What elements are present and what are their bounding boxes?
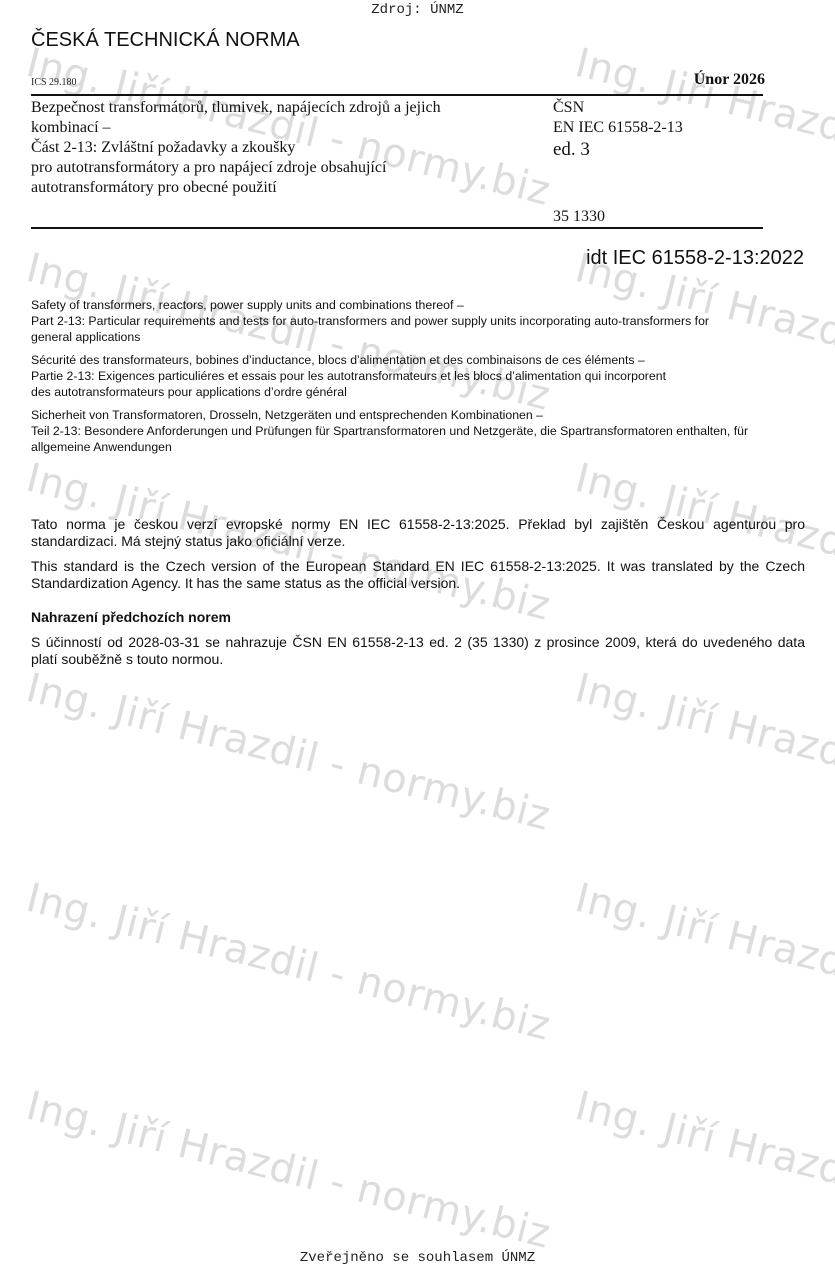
french-title-line: Partie 2-13: Exigences particuliéres et …	[31, 368, 806, 384]
czech-title-line: pro autotransformátory a pro napájecí zd…	[31, 158, 531, 178]
replacement-text: S účinností od 2028-03-31 se nahrazuje Č…	[31, 634, 805, 668]
watermark: Ing. Jiří Hrazdil - normy.biz	[22, 875, 555, 1050]
german-title-line: Teil 2-13: Besondere Anforderungen und P…	[31, 423, 806, 439]
document-type-title: ČESKÁ TECHNICKÁ NORMA	[31, 29, 300, 52]
classification-number: 35 1330	[553, 208, 605, 226]
publication-date: Únor 2026	[694, 71, 765, 89]
czech-title-line: autotransformátory pro obecné použití	[31, 178, 531, 198]
english-title-line: Part 2-13: Particular requirements and t…	[31, 313, 806, 329]
english-title-line: Safety of transformers, reactors, power …	[31, 297, 806, 313]
standard-number: EN IEC 61558-2-13	[553, 118, 683, 138]
watermark: Ing. Jiří Hrazdil - normy.biz	[571, 875, 835, 1050]
standard-designation: ČSN EN IEC 61558-2-13 ed. 3	[553, 98, 683, 162]
german-title-line: allgemeine Anwendungen	[31, 439, 806, 455]
watermark: Ing. Jiří Hrazdil - normy.biz	[571, 1083, 835, 1258]
standard-edition: ed. 3	[553, 138, 683, 162]
english-title-line: general applications	[31, 329, 806, 345]
bottom-divider	[31, 227, 763, 229]
czech-title-line: Část 2-13: Zvláštní požadavky a zkoušky	[31, 138, 531, 158]
watermark: Ing. Jiří Hrazdil - normy.biz	[22, 1083, 555, 1258]
ics-code: ICS 29.180	[31, 77, 77, 88]
identity-reference: idt IEC 61558-2-13:2022	[586, 247, 804, 270]
german-title: Sicherheit von Transformatoren, Drosseln…	[31, 407, 806, 455]
french-title-line: des autotransformateurs pour application…	[31, 384, 806, 400]
french-title-line: Sécurité des transformateurs, bobines d’…	[31, 352, 806, 368]
czech-version-note: Tato norma je českou verzí evropské norm…	[31, 516, 805, 550]
top-divider	[31, 94, 763, 96]
french-title: Sécurité des transformateurs, bobines d’…	[31, 352, 806, 400]
english-version-note: This standard is the Czech version of th…	[31, 558, 805, 592]
german-title-line: Sicherheit von Transformatoren, Drosseln…	[31, 407, 806, 423]
czech-title: Bezpečnost transformátorů, tlumivek, nap…	[31, 98, 531, 198]
czech-title-line: Bezpečnost transformátorů, tlumivek, nap…	[31, 98, 531, 118]
replacement-heading: Nahrazení předchozích norem	[31, 609, 231, 625]
czech-title-line: kombinací –	[31, 118, 531, 138]
watermark: Ing. Jiří Hrazdil - normy.biz	[571, 665, 835, 840]
standard-prefix: ČSN	[553, 98, 683, 118]
english-title: Safety of transformers, reactors, power …	[31, 297, 806, 345]
source-label: Zdroj: ÚNMZ	[0, 2, 835, 18]
watermark: Ing. Jiří Hrazdil - normy.biz	[22, 665, 555, 840]
publication-note: Zveřejněno se souhlasem ÚNMZ	[0, 1250, 835, 1266]
